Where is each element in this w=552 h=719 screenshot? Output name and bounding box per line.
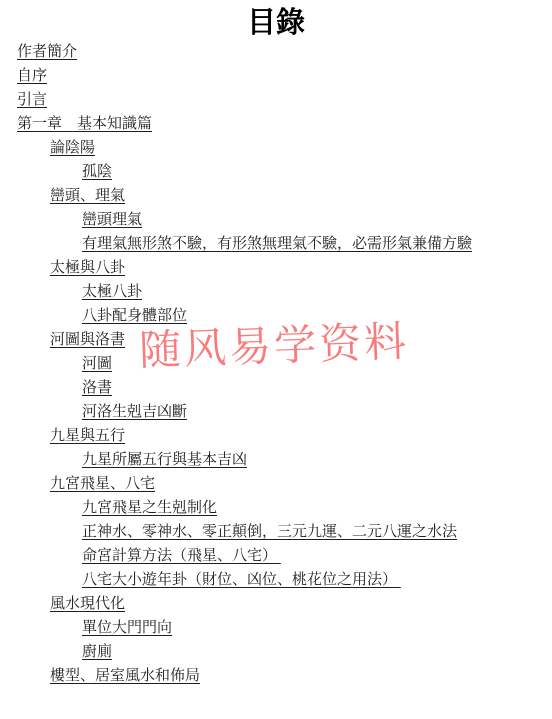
toc-link[interactable]: 孤陰 [82,164,112,180]
toc-row: 第一章 基本知識篇 [0,112,552,136]
toc-link[interactable]: 自序 [17,68,47,84]
toc-link[interactable]: 河洛生剋吉凶斷 [82,404,187,420]
toc-row: 廚廁 [0,640,552,664]
toc-link[interactable]: 第一章 基本知識篇 [17,116,152,132]
toc-link[interactable]: 命宮計算方法（飛星、八宅） [82,548,281,564]
toc-row: 樓型、居室風水和佈局 [0,664,552,688]
toc-row: 河洛生剋吉凶斷 [0,400,552,424]
toc-row: 太極八卦 [0,280,552,304]
toc-row: 河圖 [0,352,552,376]
toc-link[interactable]: 八卦配身體部位 [82,308,187,324]
toc-row: 九宮飛星、八宅 [0,472,552,496]
toc-row: 孤陰 [0,160,552,184]
toc-link[interactable]: 正神水、零神水、零正顛倒，三元九運、二元八運之水法 [82,524,457,540]
toc-link[interactable]: 八宅大小遊年卦（財位、凶位、桃花位之用法） [82,572,401,588]
toc-link[interactable]: 樓型、居室風水和佈局 [50,668,200,684]
toc-row: 論陰陽 [0,136,552,160]
toc-row: 八宅大小遊年卦（財位、凶位、桃花位之用法） [0,568,552,592]
toc-row: 正神水、零神水、零正顛倒，三元九運、二元八運之水法 [0,520,552,544]
toc-link[interactable]: 太極與八卦 [50,260,125,276]
toc-link[interactable]: 巒頭、理氣 [50,188,125,204]
toc-link[interactable]: 九星與五行 [50,428,125,444]
toc-link[interactable]: 有理氣無形煞不驗，有形煞無理氣不驗，必需形氣兼備方驗 [82,236,472,252]
toc-link[interactable]: 風水現代化 [50,596,125,612]
toc-row: 引言 [0,88,552,112]
toc-link[interactable]: 引言 [17,92,47,108]
toc-row: 九星與五行 [0,424,552,448]
toc-list: 作者簡介自序引言第一章 基本知識篇論陰陽孤陰巒頭、理氣巒頭理氣有理氣無形煞不驗，… [0,40,552,688]
toc-link[interactable]: 河圖 [82,356,112,372]
toc-row: 單位大門門向 [0,616,552,640]
toc-link[interactable]: 作者簡介 [17,44,77,60]
toc-row: 巒頭、理氣 [0,184,552,208]
toc-row: 作者簡介 [0,40,552,64]
toc-row: 自序 [0,64,552,88]
toc-row: 風水現代化 [0,592,552,616]
toc-link[interactable]: 論陰陽 [50,140,95,156]
toc-row: 巒頭理氣 [0,208,552,232]
toc-row: 河圖與洛書 [0,328,552,352]
toc-link[interactable]: 廚廁 [82,644,112,660]
toc-link[interactable]: 九星所屬五行與基本吉凶 [82,452,247,468]
toc-row: 太極與八卦 [0,256,552,280]
toc-link[interactable]: 洛書 [82,380,112,396]
toc-link[interactable]: 河圖與洛書 [50,332,125,348]
page-title: 目錄 [0,8,552,38]
toc-link[interactable]: 九宮飛星、八宅 [50,476,155,492]
toc-row: 洛書 [0,376,552,400]
toc-row: 命宮計算方法（飛星、八宅） [0,544,552,568]
toc-link[interactable]: 單位大門門向 [82,620,172,636]
toc-row: 九宮飛星之生剋制化 [0,496,552,520]
toc-link[interactable]: 九宮飛星之生剋制化 [82,500,217,516]
toc-link[interactable]: 太極八卦 [82,284,142,300]
toc-row: 八卦配身體部位 [0,304,552,328]
toc-row: 九星所屬五行與基本吉凶 [0,448,552,472]
toc-row: 有理氣無形煞不驗，有形煞無理氣不驗，必需形氣兼備方驗 [0,232,552,256]
toc-link[interactable]: 巒頭理氣 [82,212,142,228]
